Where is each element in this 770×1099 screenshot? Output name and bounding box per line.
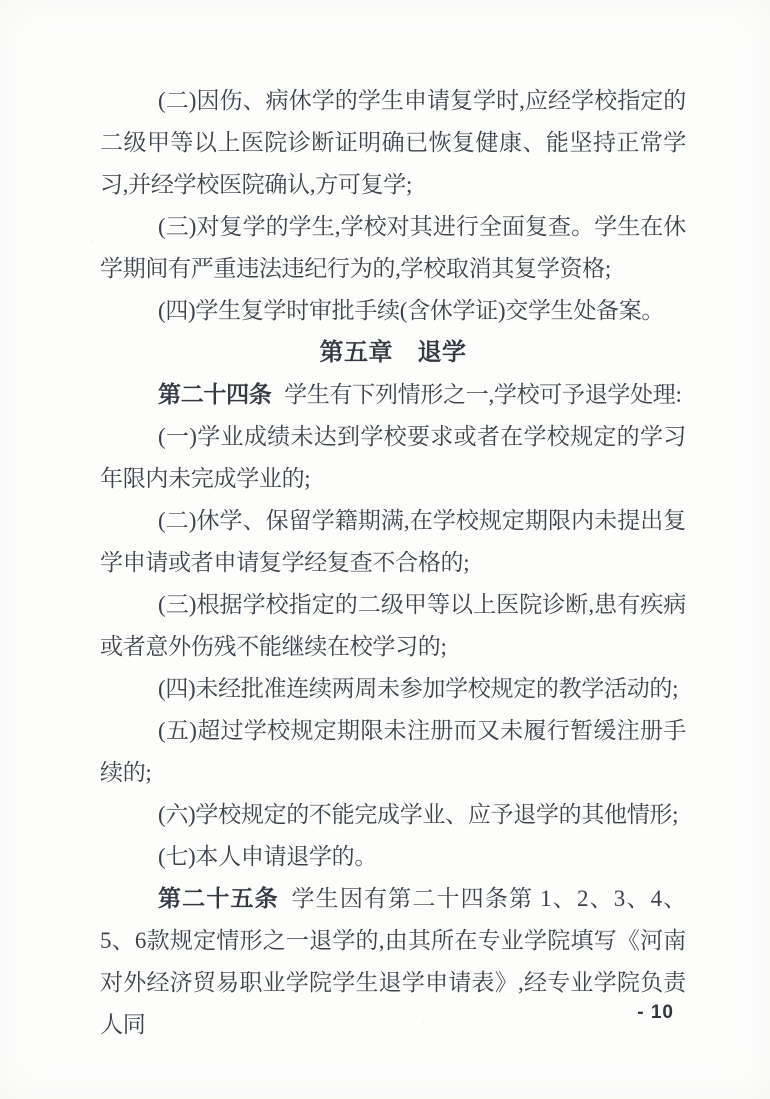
document-page: (二)因伤、病休学的学生申请复学时,应经学校指定的二级甲等以上医院诊断证明确已恢… bbox=[0, 0, 770, 1099]
paragraph-text: (七)本人申请退学的。 bbox=[158, 844, 377, 869]
paragraph-resume-injury: (二)因伤、病休学的学生申请复学时,应经学校指定的二级甲等以上医院诊断证明确已恢… bbox=[100, 80, 686, 206]
paragraph-text: (四)未经批准连续两周未参加学校规定的教学活动的; bbox=[158, 676, 678, 701]
paragraph-text: (二)因伤、病休学的学生申请复学时,应经学校指定的二级甲等以上医院诊断证明确已恢… bbox=[100, 88, 686, 197]
paragraph-item-1: (一)学业成绩未达到学校要求或者在学校规定的学习年限内未完成学业的; bbox=[100, 416, 686, 500]
document-body: (二)因伤、病休学的学生申请复学时,应经学校指定的二级甲等以上医院诊断证明确已恢… bbox=[100, 80, 686, 1046]
paragraph-item-7: (七)本人申请退学的。 bbox=[100, 836, 686, 878]
article-number-25: 第二十五条 bbox=[158, 886, 279, 911]
chapter-heading: 第五章 退学 bbox=[100, 332, 686, 374]
paragraph-article-25: 第二十五条学生因有第二十四条第 1、2、3、4、5、6款规定情形之一退学的,由其… bbox=[100, 878, 686, 1046]
paragraph-item-2: (二)休学、保留学籍期满,在学校规定期限内未提出复学申请或者申请复学经复查不合格… bbox=[100, 500, 686, 584]
paragraph-text: (三)根据学校指定的二级甲等以上医院诊断,患有疾病或者意外伤残不能继续在校学习的… bbox=[100, 592, 686, 659]
paragraph-text: 学生有下列情形之一,学校可予退学处理: bbox=[284, 382, 681, 407]
paragraph-text: (二)休学、保留学籍期满,在学校规定期限内未提出复学申请或者申请复学经复查不合格… bbox=[100, 508, 686, 575]
paragraph-text: (四)学生复学时审批手续(含休学证)交学生处备案。 bbox=[158, 298, 664, 323]
article-number-24: 第二十四条 bbox=[158, 382, 272, 407]
paragraph-text: (一)学业成绩未达到学校要求或者在学校规定的学习年限内未完成学业的; bbox=[100, 424, 686, 491]
paragraph-resume-filing: (四)学生复学时审批手续(含休学证)交学生处备案。 bbox=[100, 290, 686, 332]
paragraph-text: (六)学校规定的不能完成学业、应予退学的其他情形; bbox=[158, 802, 678, 827]
paragraph-item-6: (六)学校规定的不能完成学业、应予退学的其他情形; bbox=[100, 794, 686, 836]
paragraph-article-24: 第二十四条学生有下列情形之一,学校可予退学处理: bbox=[100, 374, 686, 416]
paragraph-text: (三)对复学的学生,学校对其进行全面复查。学生在休学期间有严重违法违纪行为的,学… bbox=[100, 214, 686, 281]
page-number: - 10 bbox=[637, 1002, 674, 1024]
paragraph-item-5: (五)超过学校规定期限未注册而又未履行暂缓注册手续的; bbox=[100, 710, 686, 794]
paragraph-text: (五)超过学校规定期限未注册而又未履行暂缓注册手续的; bbox=[100, 718, 686, 785]
paragraph-resume-review: (三)对复学的学生,学校对其进行全面复查。学生在休学期间有严重违法违纪行为的,学… bbox=[100, 206, 686, 290]
paragraph-item-4: (四)未经批准连续两周未参加学校规定的教学活动的; bbox=[100, 668, 686, 710]
paragraph-item-3: (三)根据学校指定的二级甲等以上医院诊断,患有疾病或者意外伤残不能继续在校学习的… bbox=[100, 584, 686, 668]
